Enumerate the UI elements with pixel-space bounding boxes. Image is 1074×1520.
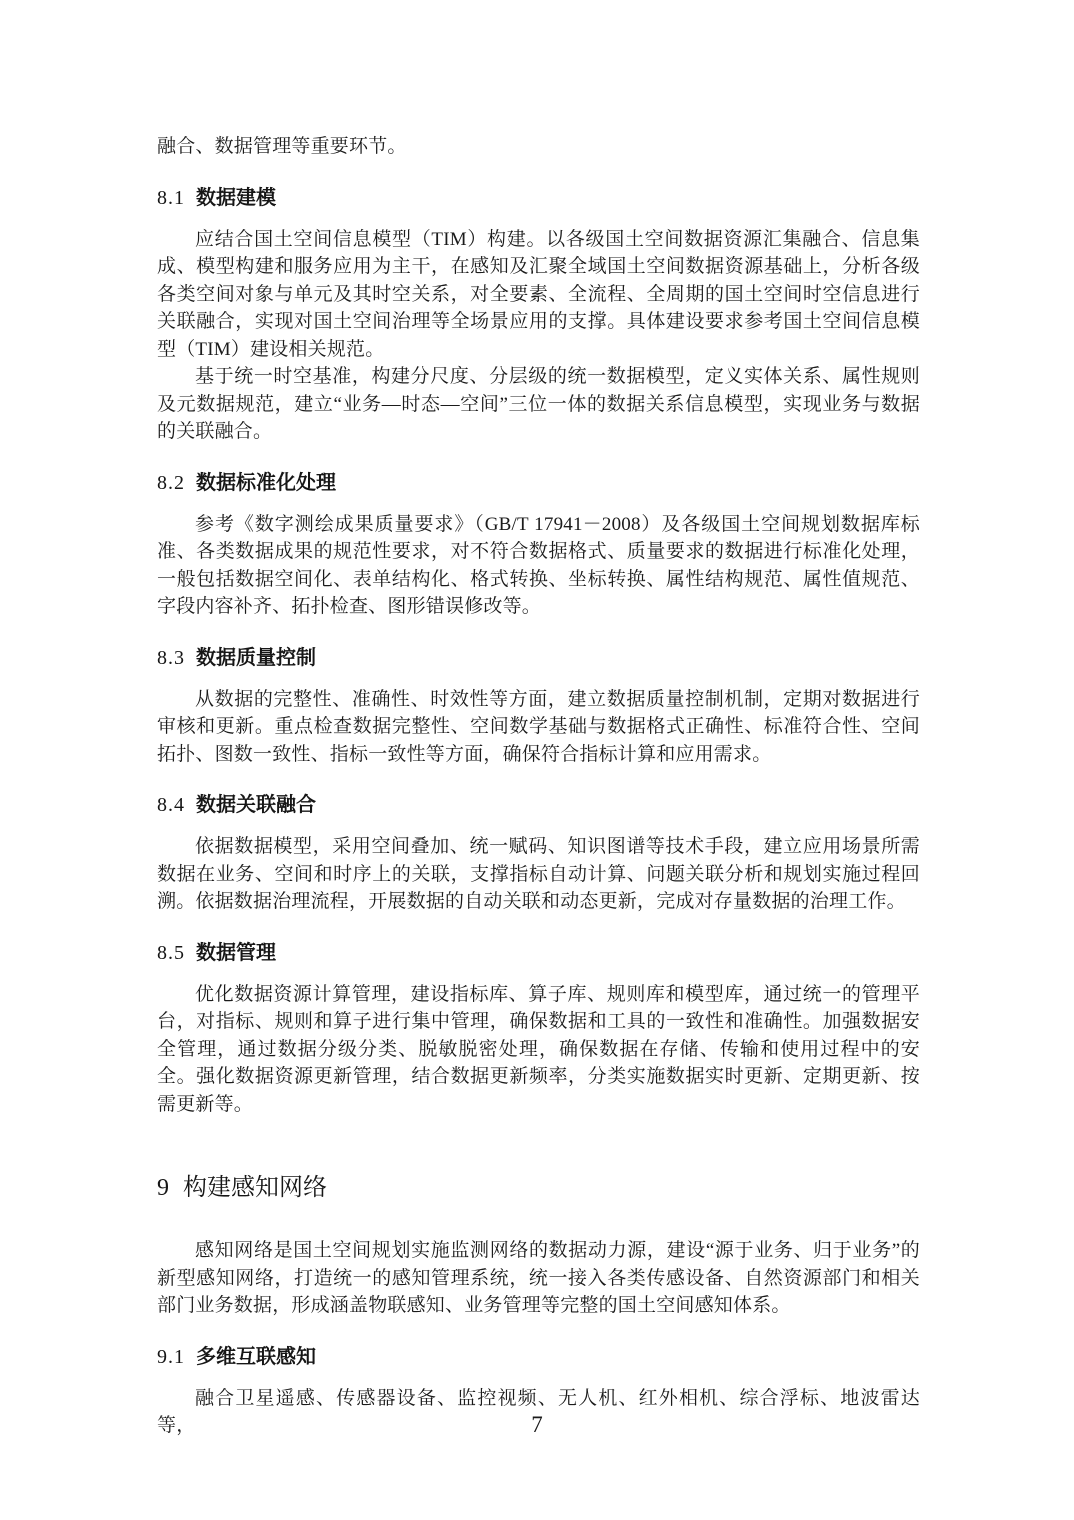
paragraph: 基于统一时空基准，构建分尺度、分层级的统一数据模型，定义实体关系、属性规则及元数… xyxy=(157,363,920,446)
section-heading-8-1: 8.1数据建模 xyxy=(157,186,920,210)
section-title: 数据关联融合 xyxy=(196,794,316,816)
section-title: 数据管理 xyxy=(196,942,276,964)
section-number: 8.3 xyxy=(157,647,185,669)
paragraph: 从数据的完整性、准确性、时效性等方面，建立数据质量控制机制，定期对数据进行审核和… xyxy=(157,686,920,769)
section-title: 数据质量控制 xyxy=(196,647,316,669)
section-number: 8.5 xyxy=(157,942,185,964)
chapter-number: 9 xyxy=(157,1175,169,1201)
chapter-heading-9: 9构建感知网络 xyxy=(157,1173,920,1203)
page-number: 7 xyxy=(0,1412,1074,1438)
section-title: 数据标准化处理 xyxy=(196,472,336,494)
paragraph: 应结合国土空间信息模型（TIM）构建。以各级国土空间数据资源汇集融合、信息集成、… xyxy=(157,226,920,364)
paragraph: 优化数据资源计算管理，建设指标库、算子库、规则库和模型库，通过统一的管理平台，对… xyxy=(157,981,920,1119)
paragraph: 感知网络是国土空间规划实施监测网络的数据动力源，建设“源于业务、归于业务”的新型… xyxy=(157,1237,920,1320)
intro-paragraph: 融合、数据管理等重要环节。 xyxy=(157,133,920,161)
chapter-title: 构建感知网络 xyxy=(183,1174,327,1201)
section-heading-8-4: 8.4数据关联融合 xyxy=(157,793,920,817)
section-number: 8.4 xyxy=(157,794,185,816)
section-heading-8-5: 8.5数据管理 xyxy=(157,941,920,965)
paragraph: 参考《数字测绘成果质量要求》（GB/T 17941－2008）及各级国土空间规划… xyxy=(157,511,920,621)
section-number: 8.1 xyxy=(157,187,185,209)
section-number: 8.2 xyxy=(157,472,185,494)
section-title: 多维互联感知 xyxy=(196,1346,316,1368)
section-title: 数据建模 xyxy=(196,187,276,209)
section-heading-9-1: 9.1多维互联感知 xyxy=(157,1345,920,1369)
document-content: 融合、数据管理等重要环节。 8.1数据建模 应结合国土空间信息模型（TIM）构建… xyxy=(157,133,920,1440)
section-heading-8-2: 8.2数据标准化处理 xyxy=(157,471,920,495)
section-heading-8-3: 8.3数据质量控制 xyxy=(157,646,920,670)
paragraph: 依据数据模型，采用空间叠加、统一赋码、知识图谱等技术手段，建立应用场景所需数据在… xyxy=(157,833,920,916)
section-number: 9.1 xyxy=(157,1346,185,1368)
